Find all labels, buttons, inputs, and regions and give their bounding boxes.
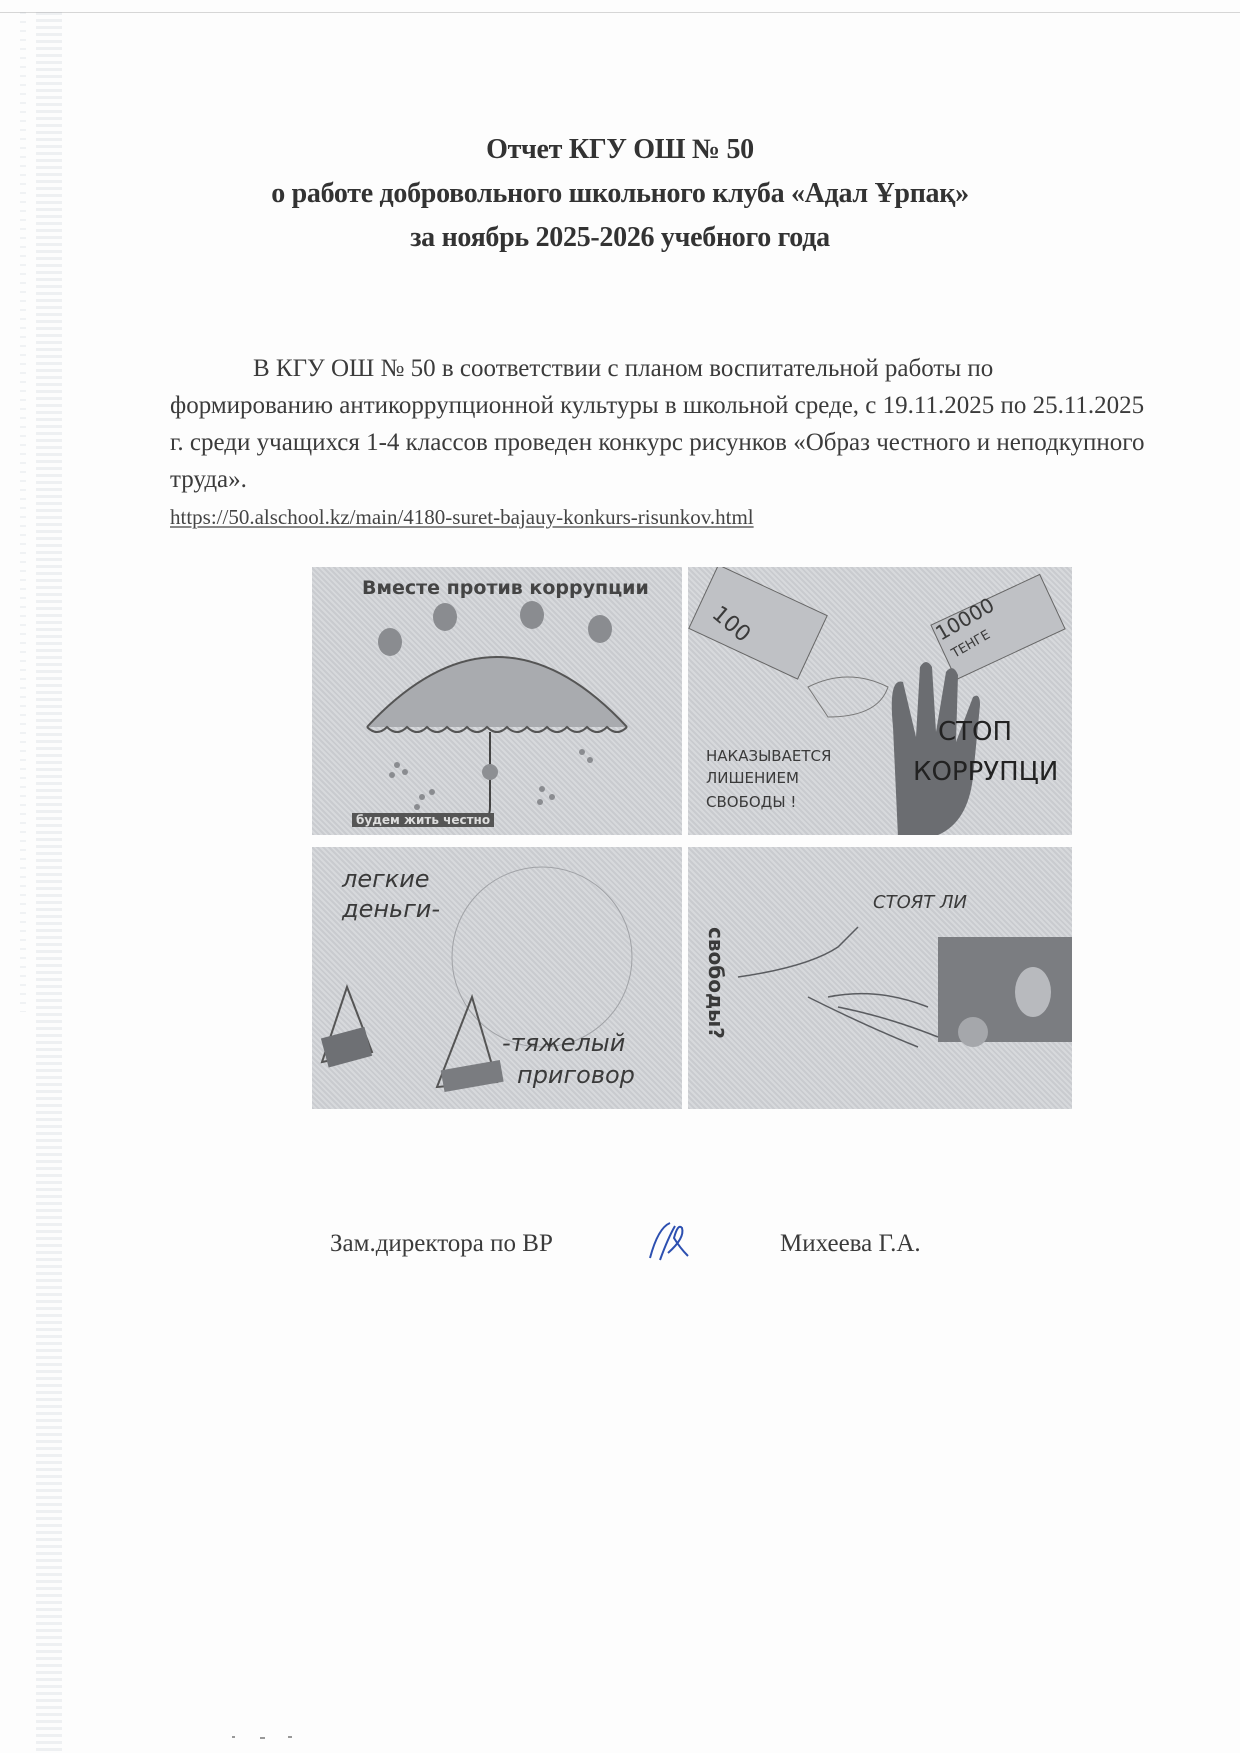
drawing-caption: КОРРУПЦИ: [913, 757, 1058, 787]
drawing-caption: НАКАЗЫВАЕТСЯ: [706, 747, 831, 765]
drawing-caption: СТОЯТ ЛИ: [873, 892, 967, 913]
hand-coins-drawing: свободы? СТОЯТ ЛИ: [688, 847, 1072, 1109]
umbrella-drawing: Вместе против коррупции будем жить честн…: [312, 567, 682, 835]
drawing-caption: ЛИШЕНИЕМ: [706, 769, 799, 787]
title-line-1: Отчет КГУ ОШ № 50: [0, 128, 1240, 172]
drawing-caption: будем жить честно: [352, 813, 494, 827]
title-line-3: за ноябрь 2025-2026 учебного года: [0, 216, 1240, 260]
document-title: Отчет КГУ ОШ № 50 о работе добровольного…: [0, 128, 1240, 260]
signatory-name: Михеева Г.А.: [780, 1230, 921, 1258]
signatory-role: Зам.директора по ВР: [330, 1230, 553, 1258]
contest-link[interactable]: https://50.alschool.kz/main/4180-suret-b…: [170, 505, 754, 530]
hand-coins-illustration: [688, 847, 1072, 1109]
drawing-caption: деньги-: [342, 895, 440, 923]
drawing-caption: приговор: [517, 1061, 635, 1089]
scales-drawing: легкие деньги- -тяжелый приговор: [312, 847, 682, 1109]
handwritten-signature-icon: [640, 1218, 700, 1268]
drawing-caption: свободы?: [704, 927, 728, 1039]
drawing-caption: легкие: [342, 865, 430, 893]
drawing-caption: СТОП: [938, 717, 1012, 747]
drawing-caption: -тяжелый: [502, 1029, 625, 1057]
report-paragraph: В КГУ ОШ № 50 в соответствии с планом во…: [170, 350, 1150, 498]
stop-hand-drawing: 100 10000 ТЕНГЕ НАКАЗЫВАЕТСЯ ЛИШЕНИЕМ СВ…: [688, 567, 1072, 835]
drawing-caption: СВОБОДЫ !: [706, 793, 796, 811]
umbrella-illustration: [312, 567, 682, 835]
drawings-gallery: Вместе против коррупции будем жить честн…: [312, 567, 1072, 1109]
scan-edge-artifact: [36, 12, 62, 1752]
drawing-caption: Вместе против коррупции: [362, 577, 649, 599]
title-line-2: о работе добровольного школьного клуба «…: [0, 172, 1240, 216]
scan-specks: [230, 1735, 310, 1741]
scan-border-line: [0, 12, 1240, 13]
paragraph-text: В КГУ ОШ № 50 в соответствии с планом во…: [170, 355, 1144, 493]
